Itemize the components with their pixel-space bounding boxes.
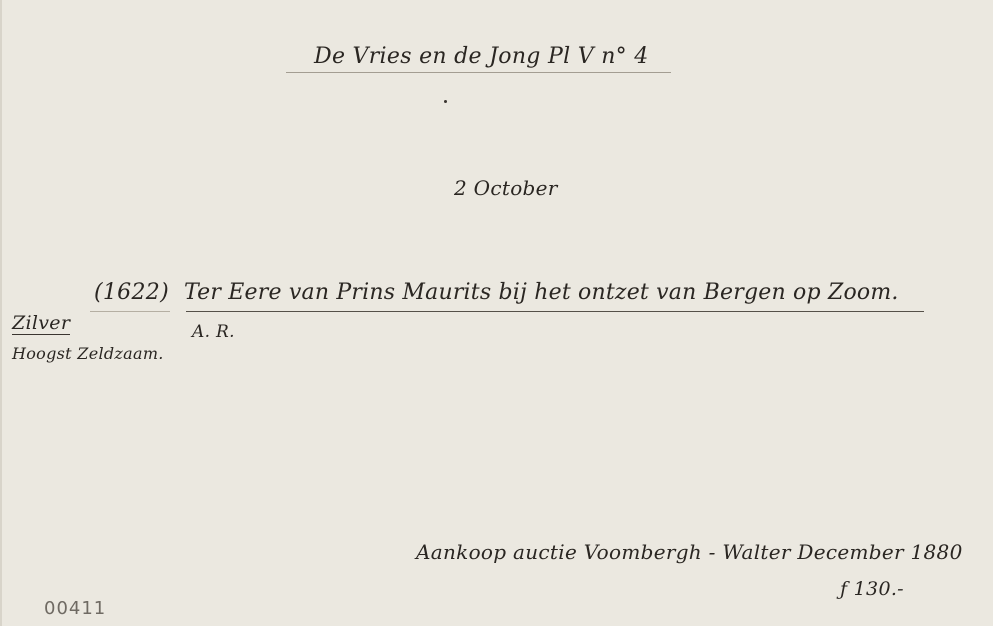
medal-description: Ter Eere van Prins Maurits bij het ontze… (184, 280, 899, 305)
provenance-note: Aankoop auctie Voombergh - Walter Decemb… (416, 540, 963, 564)
date-label: 2 October (454, 176, 558, 200)
year-guideline (90, 311, 170, 312)
price-note: ƒ 130.- (840, 578, 904, 600)
metal-label: Zilver (12, 312, 70, 334)
attribution-initials: A. R. (192, 322, 235, 342)
description-underline (186, 311, 924, 312)
header-underline (286, 72, 671, 73)
catalogue-reference: De Vries en de Jong Pl V n° 4 (314, 44, 649, 69)
archive-card: De Vries en de Jong Pl V n° 4 2 October … (0, 0, 993, 626)
metal-underline (12, 334, 70, 335)
ink-dot (444, 100, 447, 103)
year-label: (1622) (94, 280, 169, 305)
rarity-label: Hoogst Zeldzaam. (12, 344, 164, 363)
inventory-number: 00411 (44, 598, 106, 619)
